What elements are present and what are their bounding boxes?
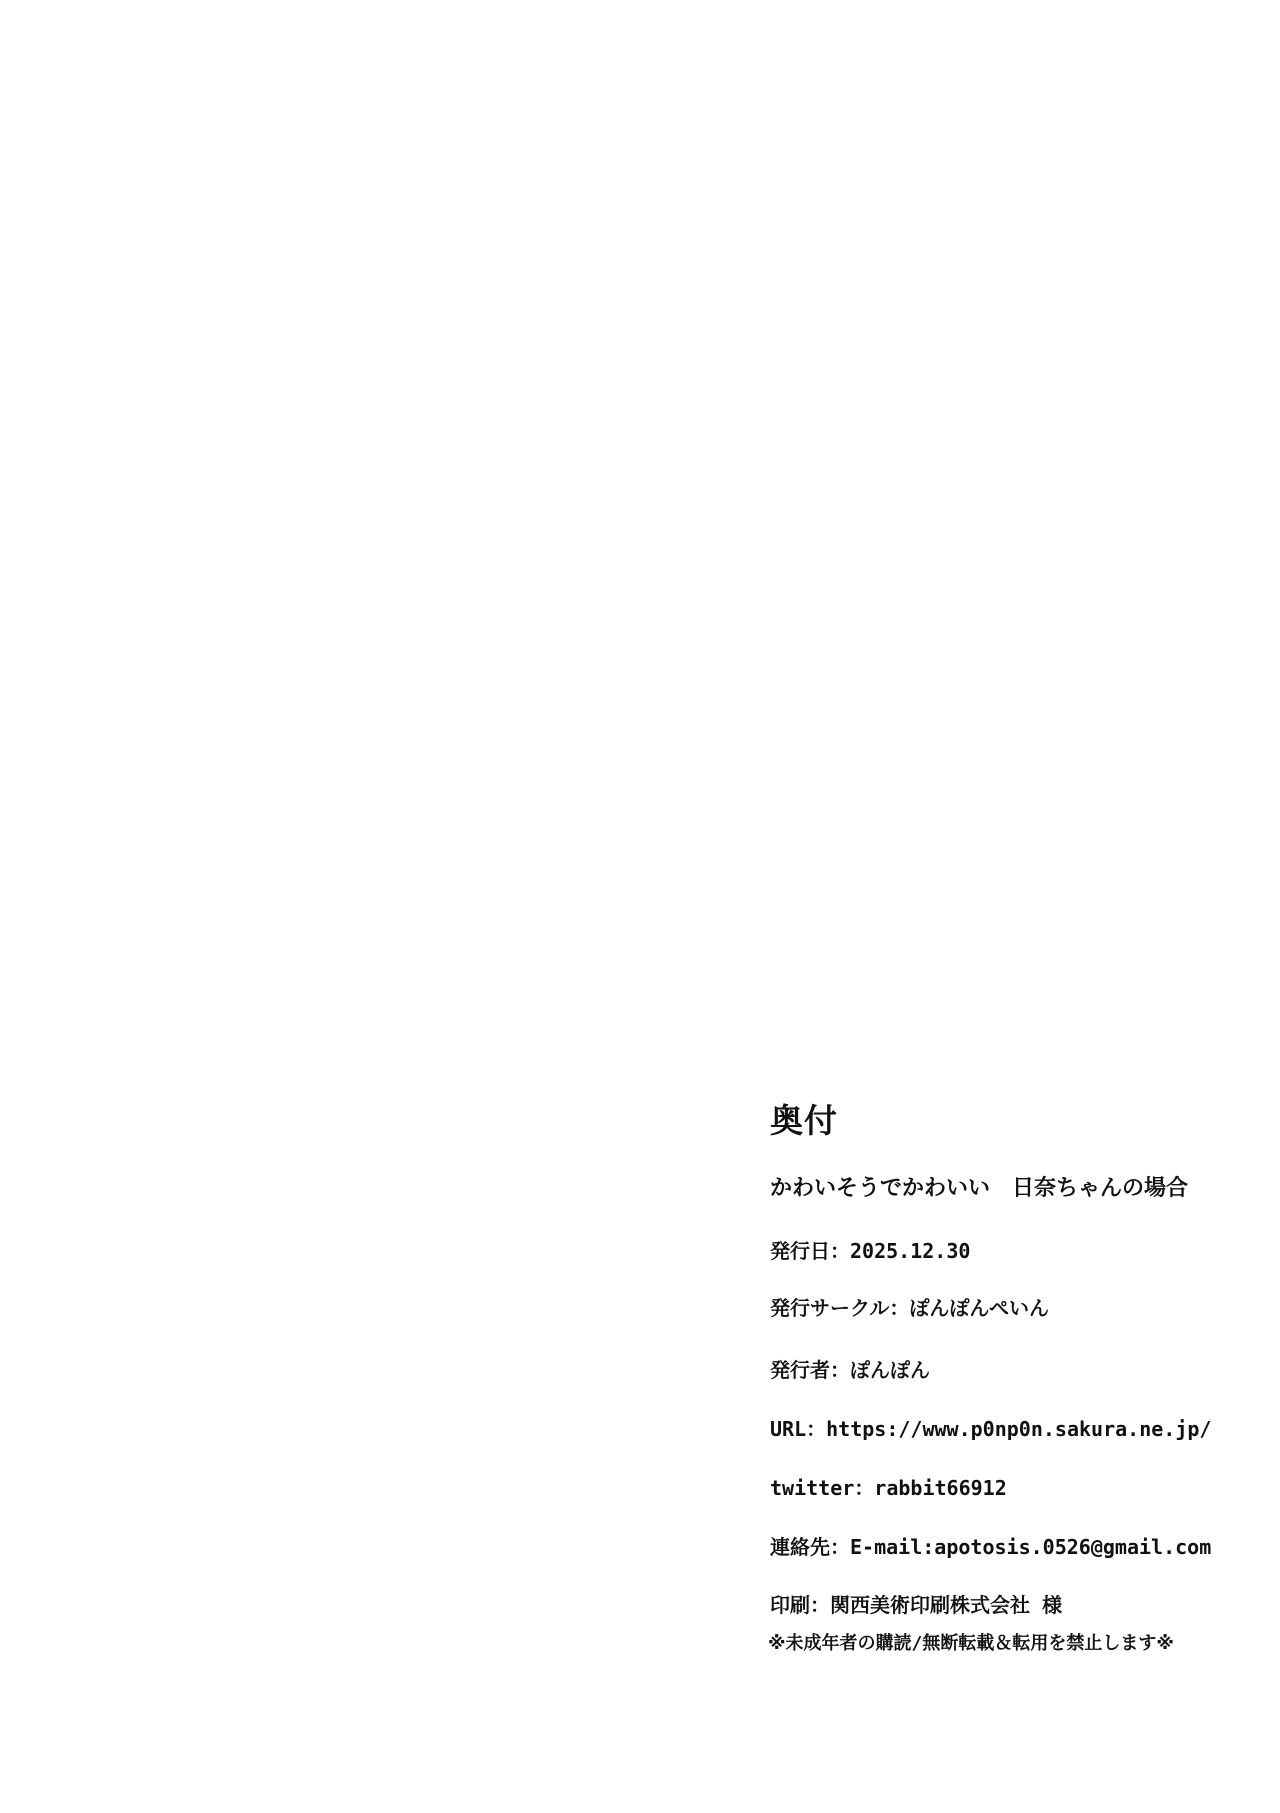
- colophon-page: 奥付 かわいそうでかわいい 日奈ちゃんの場合 発行日：2025.12.30 発行…: [0, 0, 1280, 1813]
- publish-date-line: 発行日：2025.12.30: [770, 1240, 970, 1263]
- circle-line: 発行サークル：ぽんぽんぺいん: [770, 1297, 1049, 1320]
- contact-line: 連絡先：E-mail:apotosis.0526@gmail.com: [770, 1536, 1211, 1559]
- url-line: URL：https://www.p0np0n.sakura.ne.jp/: [770, 1418, 1211, 1441]
- work-title: かわいそうでかわいい 日奈ちゃんの場合: [770, 1176, 1188, 1201]
- twitter-line: twitter：rabbit66912: [770, 1477, 1007, 1500]
- colophon-heading: 奥付: [770, 1104, 838, 1137]
- printer-line: 印刷：関西美術印刷株式会社 様: [770, 1594, 1062, 1617]
- publisher-line: 発行者：ぽんぽん: [770, 1359, 930, 1382]
- minor-notice-line: ※未成年者の購読/無断転載＆転用を禁止します※: [768, 1634, 1174, 1655]
